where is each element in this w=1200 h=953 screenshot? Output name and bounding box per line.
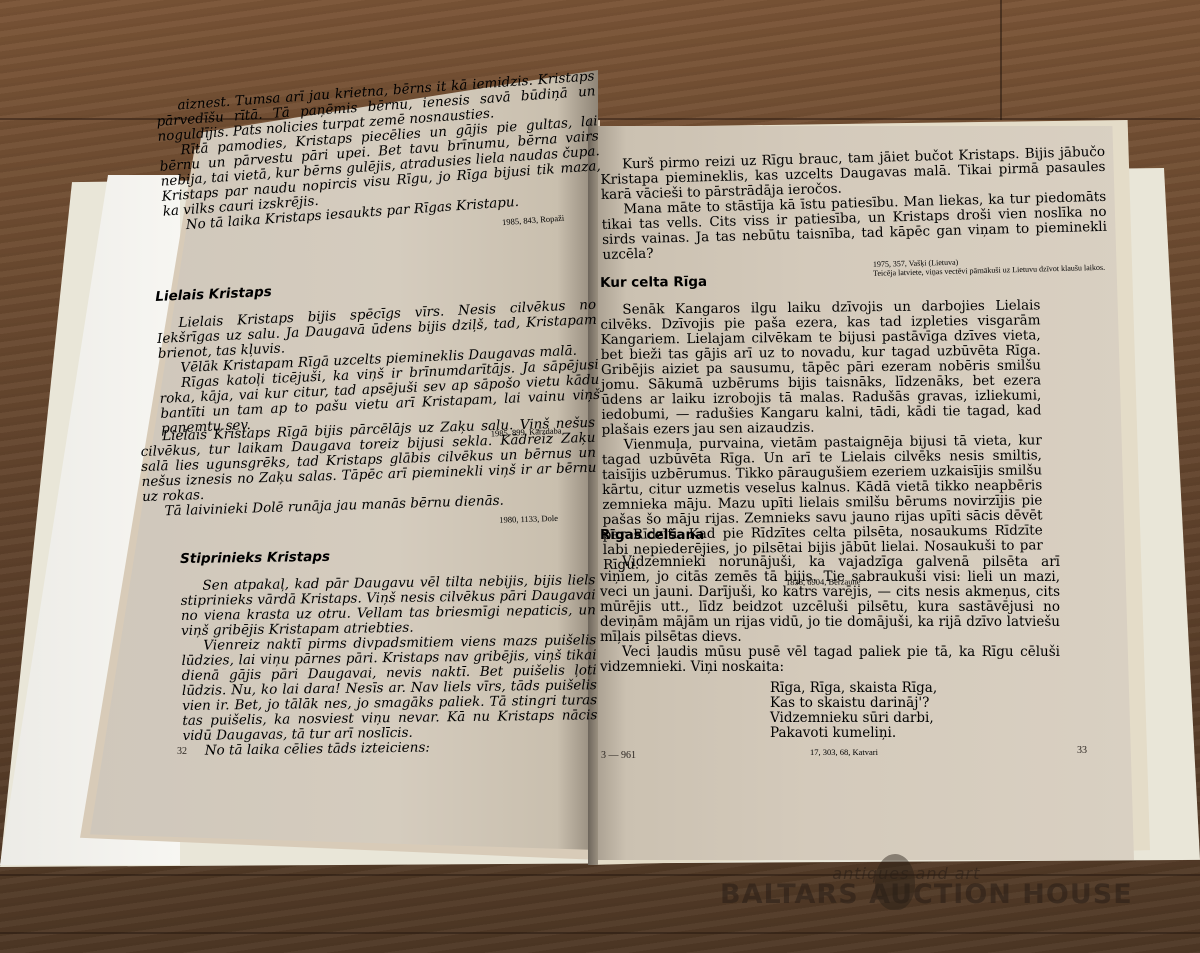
section-lielais-kristaps-2: Lielais Kristaps Rīgā bijis pārcēlājs uz… [140,416,598,539]
poem-line: Kas to skaistu darināj'? [770,696,1060,711]
section-title: Kur celta Rīga [600,271,1040,291]
left-page-content: aiznest. Tumsa arī jau krietna, bērns it… [155,69,605,253]
paragraph: Senāk Kangaros ilgu laiku dzīvojis un da… [600,298,1041,438]
page-number-left: 32 [177,746,187,757]
paragraph: Vienreiz naktī pirms divpadsmitiem viens… [181,633,597,744]
section-stiprinieks-kristaps: Stiprinieks Kristaps Sen atpakaļ, kad pā… [180,546,598,759]
poem-line: Vidzemnieku sūri darbi, [770,711,1060,726]
paragraph: Lielais Kristaps Rīgā bijis pārcēlājs uz… [140,416,597,505]
paragraph: Mana māte to stāstīja kā īstu patiesību.… [601,190,1107,263]
right-page-intro: Kurš pirmo reizi uz Rīgu brauc, tam jāie… [600,145,1108,285]
page-number-right: 33 [1077,745,1087,756]
section-title: Rīgas celšana [600,528,1060,543]
source-citation: 17, 303, 68, Katvari [810,745,1060,760]
watermark-brand: BALTARS AUCTION HOUSE [720,879,1133,910]
paragraph: Veci ļaudis mūsu pusē vēl tagad paliek p… [600,645,1060,675]
table-plank-seam [0,932,1200,934]
poem-line: Rīga, Rīga, skaista Rīga, [770,681,1060,696]
paragraph: Sen atpakaļ, kad pār Daugavu vēl tilta n… [180,573,596,639]
table-plank-seam [1000,0,1002,120]
section-title: Stiprinieks Kristaps [180,546,595,567]
crown-logo-icon [875,854,915,910]
auction-house-watermark: antiques and art BALTARS AUCTION HOUSE [720,864,1133,910]
signature-mark: 3 — 961 [601,750,636,761]
section-rigas-celsana: Rīgas celšana Vidzemnieki norunājuši, ka… [600,528,1060,760]
paragraph: Vidzemnieki norunājuši, ka vajadzīga gal… [600,555,1060,645]
poem-line: Pakavoti kumeliņi. [770,726,1060,741]
poem: Rīga, Rīga, skaista Rīga, Kas to skaistu… [770,681,1060,741]
